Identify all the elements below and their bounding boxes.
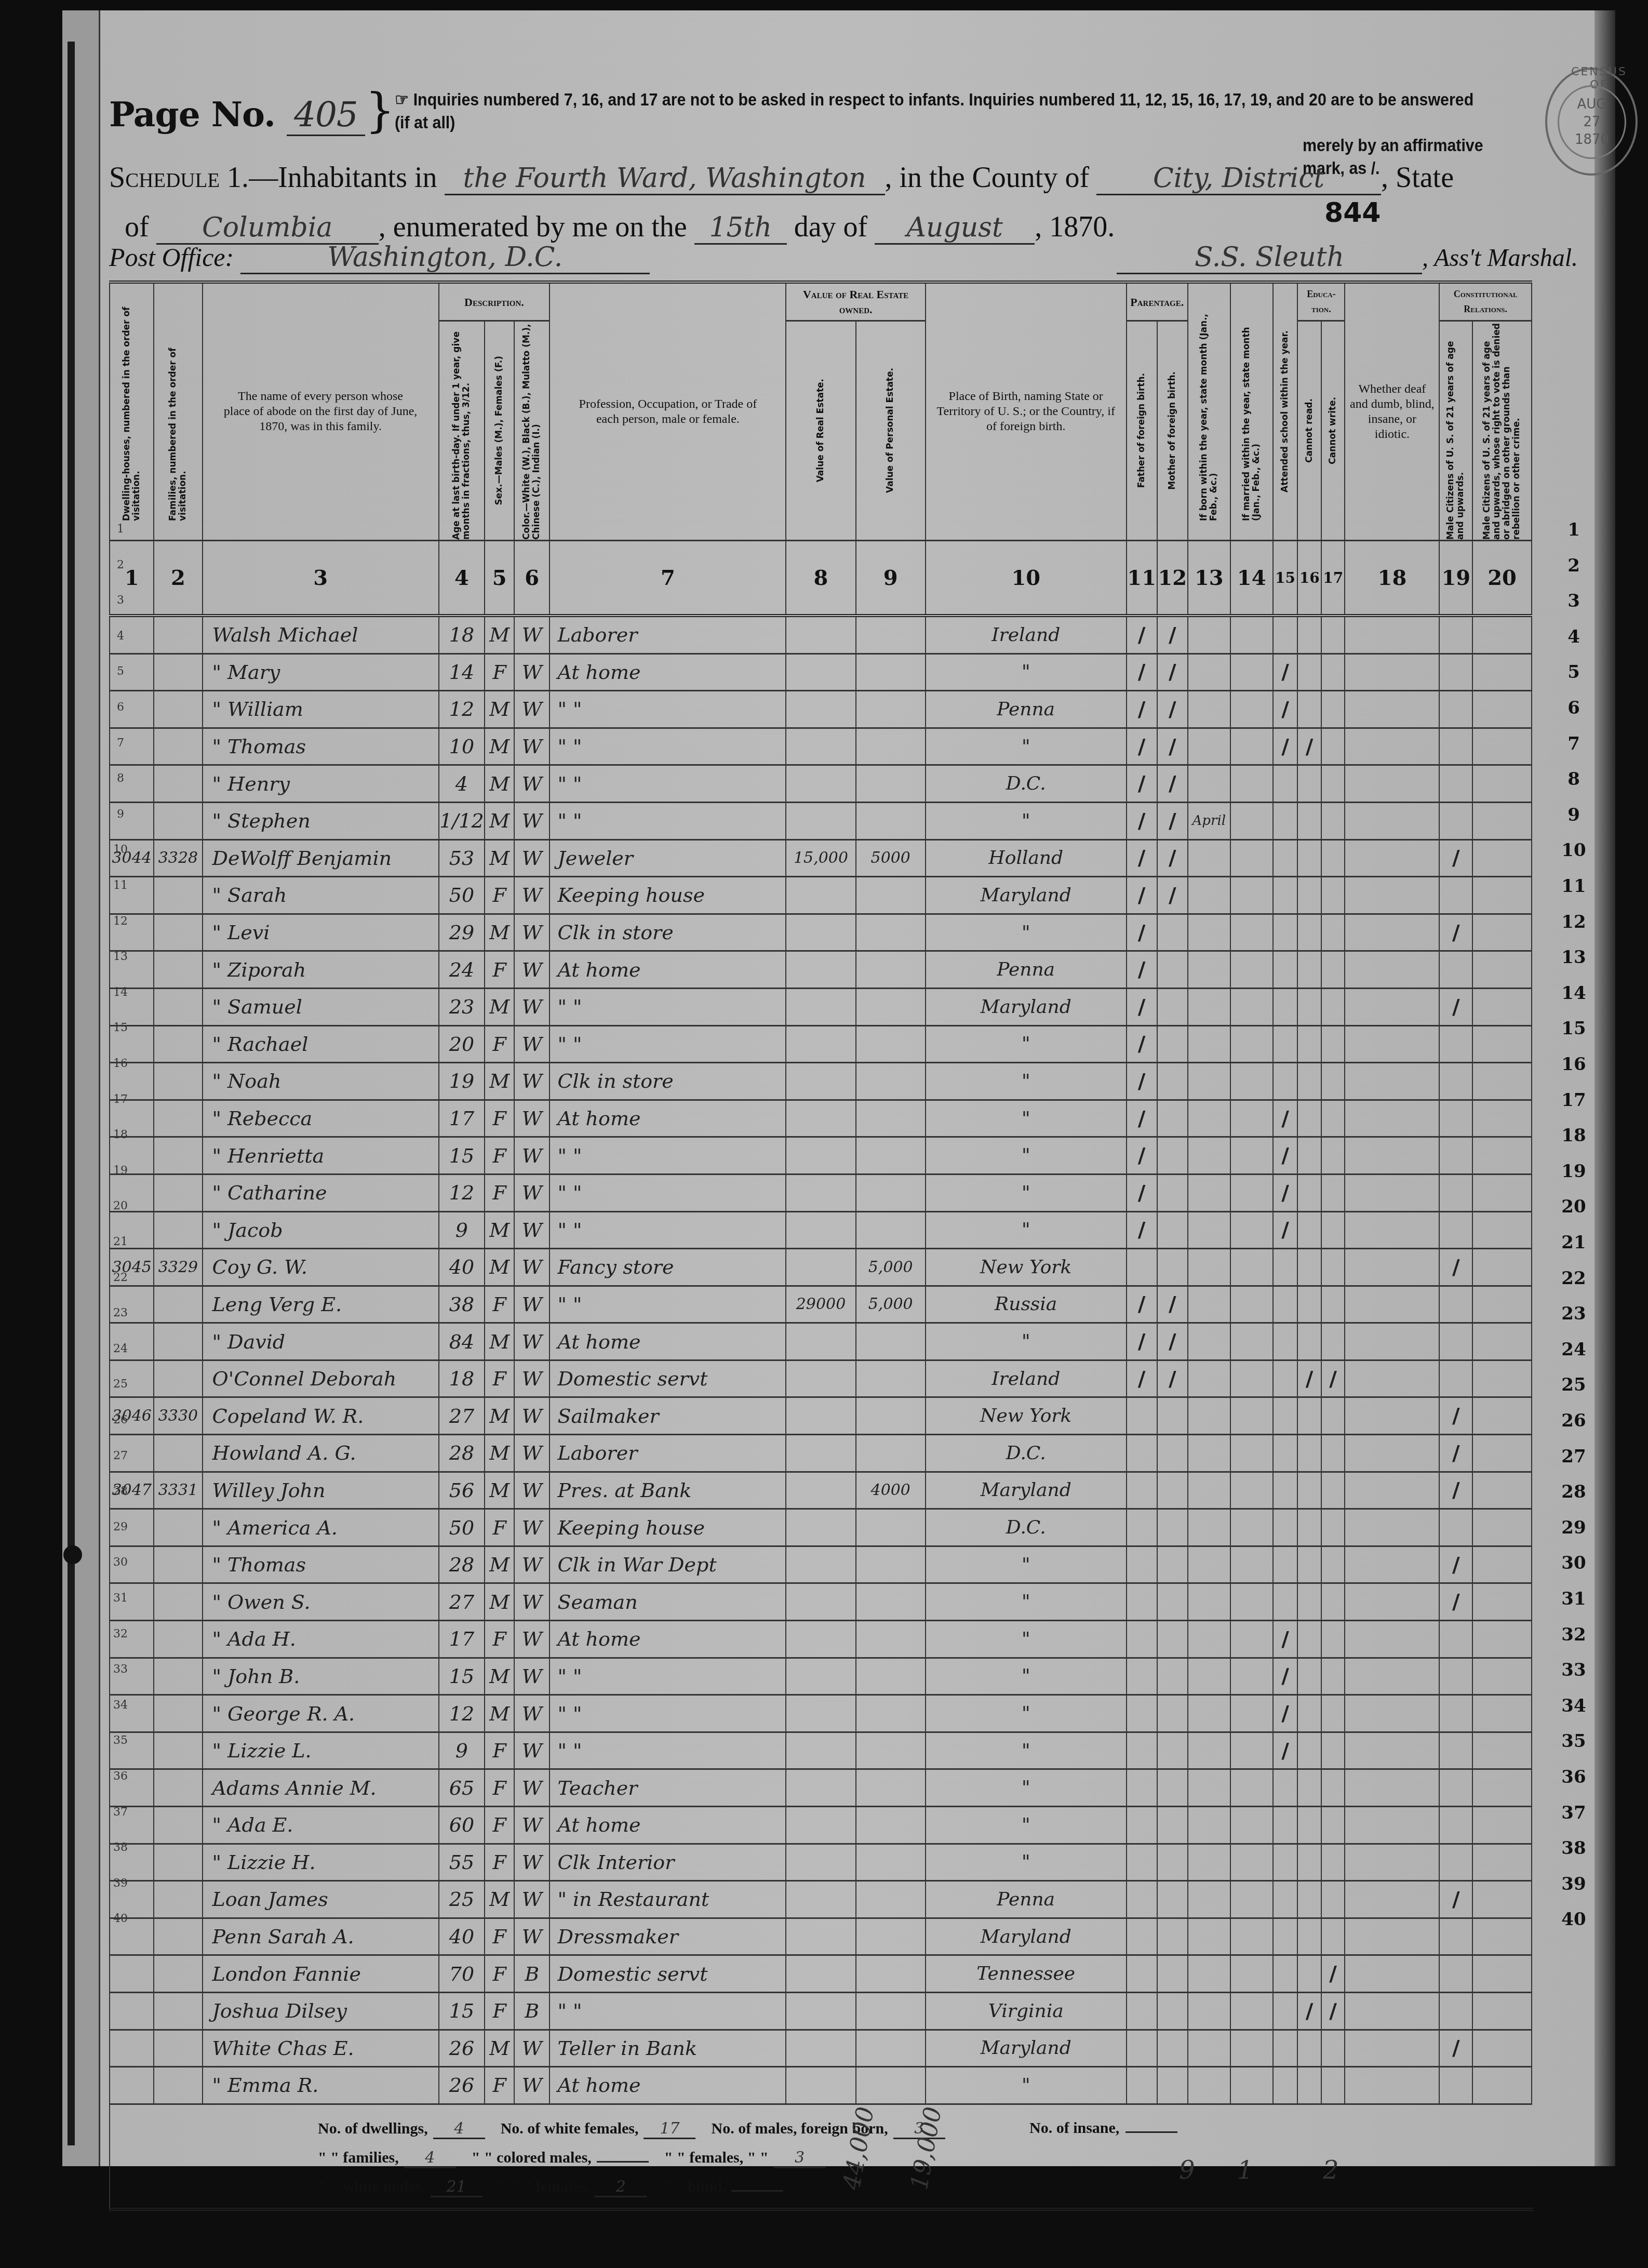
sex: F — [485, 1844, 514, 1881]
cannot-write-mark — [1321, 1286, 1345, 1323]
day-field: 15th — [694, 212, 787, 245]
line-number-left: 24 — [110, 1342, 131, 1355]
family-number — [154, 1025, 202, 1063]
male-citizen-mark — [1439, 1769, 1472, 1807]
male-citizen-mark: / — [1439, 2030, 1472, 2067]
mother-foreign-mark — [1157, 1658, 1188, 1695]
binding-rivet — [63, 1545, 82, 1564]
cannot-read-mark — [1297, 1621, 1321, 1658]
table-body: Walsh Michael 18 M W Laborer Ireland / / — [110, 616, 1532, 2104]
place-of-birth: Maryland — [926, 2030, 1127, 2067]
cannot-read-mark — [1297, 839, 1321, 877]
summary-footer: No. of dwellings,4 No. of white females,… — [109, 2104, 1533, 2211]
age: 38 — [439, 1286, 485, 1323]
col-number: 9 — [856, 541, 926, 616]
age: 28 — [439, 1435, 485, 1472]
family-number — [154, 691, 202, 728]
stamp-month: AUG — [1577, 96, 1607, 113]
person-name: " Mary — [203, 653, 439, 691]
father-foreign-mark — [1127, 1435, 1157, 1472]
male-citizen-mark: / — [1439, 1546, 1472, 1583]
personal-estate-value — [856, 1583, 926, 1621]
color: W — [514, 1546, 550, 1583]
col-number: 6 — [514, 541, 550, 616]
attended-school-mark — [1273, 1546, 1298, 1583]
table-row: " Henrietta 15 F W " " " / / — [110, 1137, 1532, 1175]
mother-foreign-mark — [1157, 914, 1188, 951]
cannot-write-mark — [1321, 1881, 1345, 1918]
married-within-year — [1230, 1881, 1273, 1918]
family-number — [154, 1211, 202, 1249]
line-number: 31 — [1553, 1589, 1595, 1609]
cannot-write-mark — [1321, 1695, 1345, 1732]
place-of-birth: " — [926, 914, 1127, 951]
personal-estate-value — [856, 988, 926, 1025]
cannot-read-mark — [1297, 1323, 1321, 1360]
born-within-year — [1188, 1992, 1230, 2030]
born-within-year — [1188, 951, 1230, 989]
father-foreign-mark — [1127, 1769, 1157, 1807]
father-foreign-mark — [1127, 1621, 1157, 1658]
line-number: 1 — [1553, 519, 1595, 540]
sex: F — [485, 2067, 514, 2104]
born-within-year — [1188, 1472, 1230, 1509]
real-estate-value — [786, 1137, 855, 1175]
father-foreign-mark — [1127, 1881, 1157, 1918]
married-within-year — [1230, 1621, 1273, 1658]
married-within-year — [1230, 1695, 1273, 1732]
color: W — [514, 1807, 550, 1844]
age: 18 — [439, 1360, 485, 1397]
male-citizen-mark: / — [1439, 1583, 1472, 1621]
attended-school-mark — [1273, 839, 1298, 877]
line-number-left: 2 — [110, 558, 131, 571]
line-number-left: 38 — [110, 1841, 131, 1854]
cannot-write-mark — [1321, 1174, 1345, 1211]
line-number: 34 — [1553, 1696, 1595, 1716]
females-foreign-count: 3 — [774, 2149, 826, 2168]
born-within-year — [1188, 1100, 1230, 1137]
place-of-birth: Maryland — [926, 1918, 1127, 1955]
cannot-write-mark — [1321, 1472, 1345, 1509]
married-within-year — [1230, 839, 1273, 877]
place-of-birth: " — [926, 1769, 1127, 1807]
real-estate-value — [786, 802, 855, 839]
age: 12 — [439, 691, 485, 728]
col-number: 13 — [1188, 541, 1230, 616]
mother-foreign-mark — [1157, 1844, 1188, 1881]
father-foreign-mark — [1127, 1472, 1157, 1509]
attended-school-mark: / — [1273, 728, 1298, 765]
person-name: " Noah — [203, 1063, 439, 1100]
sex: M — [485, 1695, 514, 1732]
father-foreign-mark: / — [1127, 1360, 1157, 1397]
born-within-year — [1188, 653, 1230, 691]
table-row: " John B. 15 M W " " " / — [110, 1658, 1532, 1695]
real-estate-value — [786, 1955, 855, 1993]
place-of-birth: New York — [926, 1397, 1127, 1435]
infirmity — [1345, 1063, 1439, 1100]
line-number: 26 — [1553, 1410, 1595, 1431]
table-row: " Catharine 12 F W " " " / / — [110, 1174, 1532, 1211]
color: W — [514, 1063, 550, 1100]
line-number-left: 9 — [110, 808, 131, 821]
personal-estate-value — [856, 2067, 926, 2104]
colored-males-count — [597, 2161, 649, 2163]
mother-foreign-mark — [1157, 1546, 1188, 1583]
line-number: 13 — [1553, 947, 1595, 968]
line-number-left: 30 — [110, 1556, 131, 1569]
married-within-year — [1230, 1174, 1273, 1211]
binding-strap — [68, 42, 75, 2145]
mother-foreign-mark: / — [1157, 1323, 1188, 1360]
male-citizen-mark — [1439, 765, 1472, 803]
line-number-left: 28 — [110, 1485, 131, 1498]
schedule-label: Schedule 1. — [109, 162, 249, 194]
married-within-year — [1230, 951, 1273, 989]
mother-foreign-mark — [1157, 1397, 1188, 1435]
father-foreign-mark — [1127, 1583, 1157, 1621]
line-number-left: 32 — [110, 1627, 131, 1640]
real-estate-value — [786, 1025, 855, 1063]
color: B — [514, 1992, 550, 2030]
tally-born-within-year: 1 — [1237, 2156, 1253, 2185]
vote-denied-mark — [1472, 616, 1532, 653]
place-of-birth: " — [926, 1695, 1127, 1732]
place-of-birth: Russia — [926, 1286, 1127, 1323]
dwellings-label: No. of dwellings, — [318, 2120, 428, 2138]
sex: F — [485, 1286, 514, 1323]
real-estate-value — [786, 616, 855, 653]
family-number — [154, 1695, 202, 1732]
married-within-year — [1230, 1844, 1273, 1881]
vote-denied-mark — [1472, 1546, 1532, 1583]
infirmity — [1345, 728, 1439, 765]
line-number-left: 31 — [110, 1592, 131, 1605]
cannot-read-mark — [1297, 1435, 1321, 1472]
line-number: 35 — [1553, 1731, 1595, 1752]
cannot-write-mark — [1321, 1583, 1345, 1621]
place-of-birth: " — [926, 2067, 1127, 2104]
person-name: " Lizzie L. — [203, 1732, 439, 1769]
col-header-9: Value of Personal Estate. — [856, 321, 926, 541]
place-of-birth: Virginia — [926, 1992, 1127, 2030]
table-row: " Ada E. 60 F W At home " — [110, 1807, 1532, 1844]
color: W — [514, 1397, 550, 1435]
person-name: " Rebecca — [203, 1100, 439, 1137]
line-number: 20 — [1553, 1196, 1595, 1217]
real-estate-value — [786, 765, 855, 803]
family-number — [154, 765, 202, 803]
occupation: Laborer — [550, 1435, 786, 1472]
col-number: 14 — [1230, 541, 1273, 616]
attended-school-mark: / — [1273, 1732, 1298, 1769]
occupation: Clk Interior — [550, 1844, 786, 1881]
infirmity — [1345, 1137, 1439, 1175]
place-of-birth: New York — [926, 1249, 1127, 1286]
born-within-year — [1188, 1211, 1230, 1249]
col-header-7: Profession, Occupation, or Trade of each… — [550, 282, 786, 541]
married-within-year — [1230, 1286, 1273, 1323]
personal-estate-value — [856, 1807, 926, 1844]
age: 60 — [439, 1807, 485, 1844]
occupation: Jeweler — [550, 839, 786, 877]
infirmity — [1345, 1732, 1439, 1769]
personal-estate-value: 5,000 — [856, 1286, 926, 1323]
insane-line: No. of insane, — [1029, 2119, 1177, 2137]
real-estate-value — [786, 653, 855, 691]
male-citizen-mark — [1439, 1807, 1472, 1844]
family-number — [154, 1955, 202, 1993]
father-foreign-mark: / — [1127, 802, 1157, 839]
family-number — [154, 1137, 202, 1175]
infirmity — [1345, 1472, 1439, 1509]
mother-foreign-mark — [1157, 988, 1188, 1025]
color: W — [514, 1174, 550, 1211]
sex: M — [485, 728, 514, 765]
cannot-read-mark — [1297, 951, 1321, 989]
cannot-write-mark — [1321, 1769, 1345, 1807]
color: W — [514, 1881, 550, 1918]
tally-school: 2 — [1323, 2156, 1339, 2185]
cannot-read-mark — [1297, 2067, 1321, 2104]
family-number — [154, 1435, 202, 1472]
line-number: 40 — [1553, 1909, 1595, 1930]
family-number — [154, 728, 202, 765]
occupation: At home — [550, 1323, 786, 1360]
table-row: " Noah 19 M W Clk in store " / — [110, 1063, 1532, 1100]
place-of-birth: D.C. — [926, 765, 1127, 803]
occupation: " " — [550, 1137, 786, 1175]
male-citizen-mark: / — [1439, 839, 1472, 877]
family-number — [154, 1063, 202, 1100]
occupation: " in Restaurant — [550, 1881, 786, 1918]
line-number: 25 — [1553, 1375, 1595, 1395]
male-citizen-mark — [1439, 1025, 1472, 1063]
mother-foreign-mark: / — [1157, 1286, 1188, 1323]
insane-count — [1126, 2131, 1177, 2133]
family-number: 3331 — [154, 1472, 202, 1509]
person-name: Leng Verg E. — [203, 1286, 439, 1323]
infirmity — [1345, 1435, 1439, 1472]
family-number — [154, 1621, 202, 1658]
age: 40 — [439, 1249, 485, 1286]
line-number: 33 — [1553, 1660, 1595, 1680]
cannot-write-mark — [1321, 951, 1345, 989]
post-office-field: Washington, D.C. — [240, 242, 650, 274]
male-citizen-mark — [1439, 1844, 1472, 1881]
attended-school-mark — [1273, 1881, 1298, 1918]
married-within-year — [1230, 1397, 1273, 1435]
age: 50 — [439, 877, 485, 914]
father-foreign-mark — [1127, 1807, 1157, 1844]
mother-foreign-mark — [1157, 1137, 1188, 1175]
cannot-read-mark — [1297, 1025, 1321, 1063]
vote-denied-mark — [1472, 1509, 1532, 1546]
enumerated-label: , enumerated by me on the — [379, 211, 687, 243]
line-number-left: 40 — [110, 1912, 131, 1925]
place-of-birth: " — [926, 1025, 1127, 1063]
married-within-year — [1230, 1955, 1273, 1993]
infirmity — [1345, 691, 1439, 728]
personal-estate-value — [856, 1435, 926, 1472]
line-number-left: 11 — [110, 879, 131, 892]
place-of-birth: Maryland — [926, 1472, 1127, 1509]
sex: M — [485, 765, 514, 803]
real-estate-value — [786, 877, 855, 914]
cannot-read-mark — [1297, 1063, 1321, 1100]
color: W — [514, 765, 550, 803]
table-row: London Fannie 70 F B Domestic servt Tenn… — [110, 1955, 1532, 1993]
family-number — [154, 1658, 202, 1695]
cannot-write-mark — [1321, 1807, 1345, 1844]
married-within-year — [1230, 1546, 1273, 1583]
personal-estate-value — [856, 951, 926, 989]
age: 70 — [439, 1955, 485, 1993]
mother-foreign-mark — [1157, 1918, 1188, 1955]
occupation: Dressmaker — [550, 1918, 786, 1955]
color: W — [514, 728, 550, 765]
age: 29 — [439, 914, 485, 951]
person-name: " David — [203, 1323, 439, 1360]
father-foreign-mark: / — [1127, 691, 1157, 728]
age: 20 — [439, 1025, 485, 1063]
place-of-birth: Holland — [926, 839, 1127, 877]
born-within-year — [1188, 1769, 1230, 1807]
table-row: " America A. 50 F W Keeping house D.C. — [110, 1509, 1532, 1546]
male-citizen-mark — [1439, 1211, 1472, 1249]
cannot-read-mark — [1297, 1211, 1321, 1249]
line-number: 16 — [1553, 1054, 1595, 1075]
cannot-write-mark — [1321, 914, 1345, 951]
line-number-left: 7 — [110, 737, 131, 750]
vote-denied-mark — [1472, 2030, 1532, 2067]
vote-denied-mark — [1472, 1695, 1532, 1732]
color: W — [514, 1100, 550, 1137]
cannot-read-mark: / — [1297, 1992, 1321, 2030]
attended-school-mark — [1273, 2030, 1298, 2067]
cannot-read-mark — [1297, 1509, 1321, 1546]
place-of-birth: Ireland — [926, 1360, 1127, 1397]
occupation: " " — [550, 1992, 786, 2030]
infirmity — [1345, 1211, 1439, 1249]
born-within-year — [1188, 914, 1230, 951]
mother-foreign-mark: / — [1157, 728, 1188, 765]
age: 18 — [439, 616, 485, 653]
occupation: Seaman — [550, 1583, 786, 1621]
real-estate-value — [786, 1472, 855, 1509]
born-within-year — [1188, 1323, 1230, 1360]
personal-estate-value — [856, 914, 926, 951]
cannot-write-mark — [1321, 1211, 1345, 1249]
occupation: At home — [550, 653, 786, 691]
born-within-year — [1188, 1955, 1230, 1993]
occupation: Laborer — [550, 616, 786, 653]
cannot-read-mark — [1297, 877, 1321, 914]
place-of-birth: Ireland — [926, 616, 1127, 653]
color: W — [514, 1844, 550, 1881]
line-number-left: 13 — [110, 950, 131, 963]
father-foreign-mark — [1127, 2067, 1157, 2104]
married-within-year — [1230, 728, 1273, 765]
cannot-write-mark — [1321, 765, 1345, 803]
dwelling-number — [110, 2030, 154, 2067]
place-of-birth: " — [926, 1844, 1127, 1881]
mother-foreign-mark — [1157, 1955, 1188, 1993]
personal-estate-value — [856, 1695, 926, 1732]
mother-foreign-mark — [1157, 1732, 1188, 1769]
ward-field: the Fourth Ward, Washington — [445, 163, 885, 195]
cannot-write-mark — [1321, 1100, 1345, 1137]
place-of-birth: Penna — [926, 691, 1127, 728]
infirmity — [1345, 1992, 1439, 2030]
age: 15 — [439, 1137, 485, 1175]
table-row: Penn Sarah A. 40 F W Dressmaker Maryland — [110, 1918, 1532, 1955]
occupation: " " — [550, 1025, 786, 1063]
person-name: Loan James — [203, 1881, 439, 1918]
male-citizen-mark — [1439, 1100, 1472, 1137]
table-row: " Levi 29 M W Clk in store " / / — [110, 914, 1532, 951]
born-within-year — [1188, 1695, 1230, 1732]
sex: M — [485, 839, 514, 877]
vote-denied-mark — [1472, 1955, 1532, 1993]
married-within-year — [1230, 2030, 1273, 2067]
personal-estate-value — [856, 1621, 926, 1658]
vote-denied-mark — [1472, 1025, 1532, 1063]
vote-denied-mark — [1472, 1435, 1532, 1472]
sex: M — [485, 1658, 514, 1695]
personal-estate-value — [856, 1137, 926, 1175]
line-number-left: 34 — [110, 1699, 131, 1712]
table-row: Joshua Dilsey 15 F B " " Virginia / / — [110, 1992, 1532, 2030]
infirmity — [1345, 1397, 1439, 1435]
attended-school-mark: / — [1273, 1695, 1298, 1732]
father-foreign-mark — [1127, 1844, 1157, 1881]
infirmity — [1345, 1286, 1439, 1323]
real-estate-value — [786, 988, 855, 1025]
person-name: " Samuel — [203, 988, 439, 1025]
table-row: " Lizzie H. 55 F W Clk Interior " — [110, 1844, 1532, 1881]
born-within-year — [1188, 728, 1230, 765]
color: W — [514, 2067, 550, 2104]
column-number-row: 1 2 3 4 5 6 7 8 9 10 11 12 13 14 15 16 1… — [110, 541, 1532, 616]
mother-foreign-mark: / — [1157, 802, 1188, 839]
attended-school-mark — [1273, 765, 1298, 803]
born-within-year — [1188, 1583, 1230, 1621]
table-row: " Thomas 10 M W " " " / / / / — [110, 728, 1532, 765]
line-number: 10 — [1553, 840, 1595, 861]
line-number-left: 12 — [110, 915, 131, 928]
personal-estate-value — [856, 1397, 926, 1435]
cannot-read-mark — [1297, 691, 1321, 728]
male-citizen-mark: / — [1439, 1249, 1472, 1286]
vote-denied-mark — [1472, 653, 1532, 691]
occupation: " " — [550, 765, 786, 803]
male-citizen-mark — [1439, 1137, 1472, 1175]
male-citizen-mark — [1439, 1992, 1472, 2030]
sex: M — [485, 802, 514, 839]
age: 84 — [439, 1323, 485, 1360]
mother-foreign-mark — [1157, 1174, 1188, 1211]
col-number: 19 — [1439, 541, 1472, 616]
sex: M — [485, 2030, 514, 2067]
personal-estate-value — [856, 653, 926, 691]
attended-school-mark — [1273, 1286, 1298, 1323]
families-label: " " families, — [318, 2149, 399, 2167]
occupation: Sailmaker — [550, 1397, 786, 1435]
occupation: " " — [550, 1658, 786, 1695]
page-number: 405 — [287, 95, 365, 136]
